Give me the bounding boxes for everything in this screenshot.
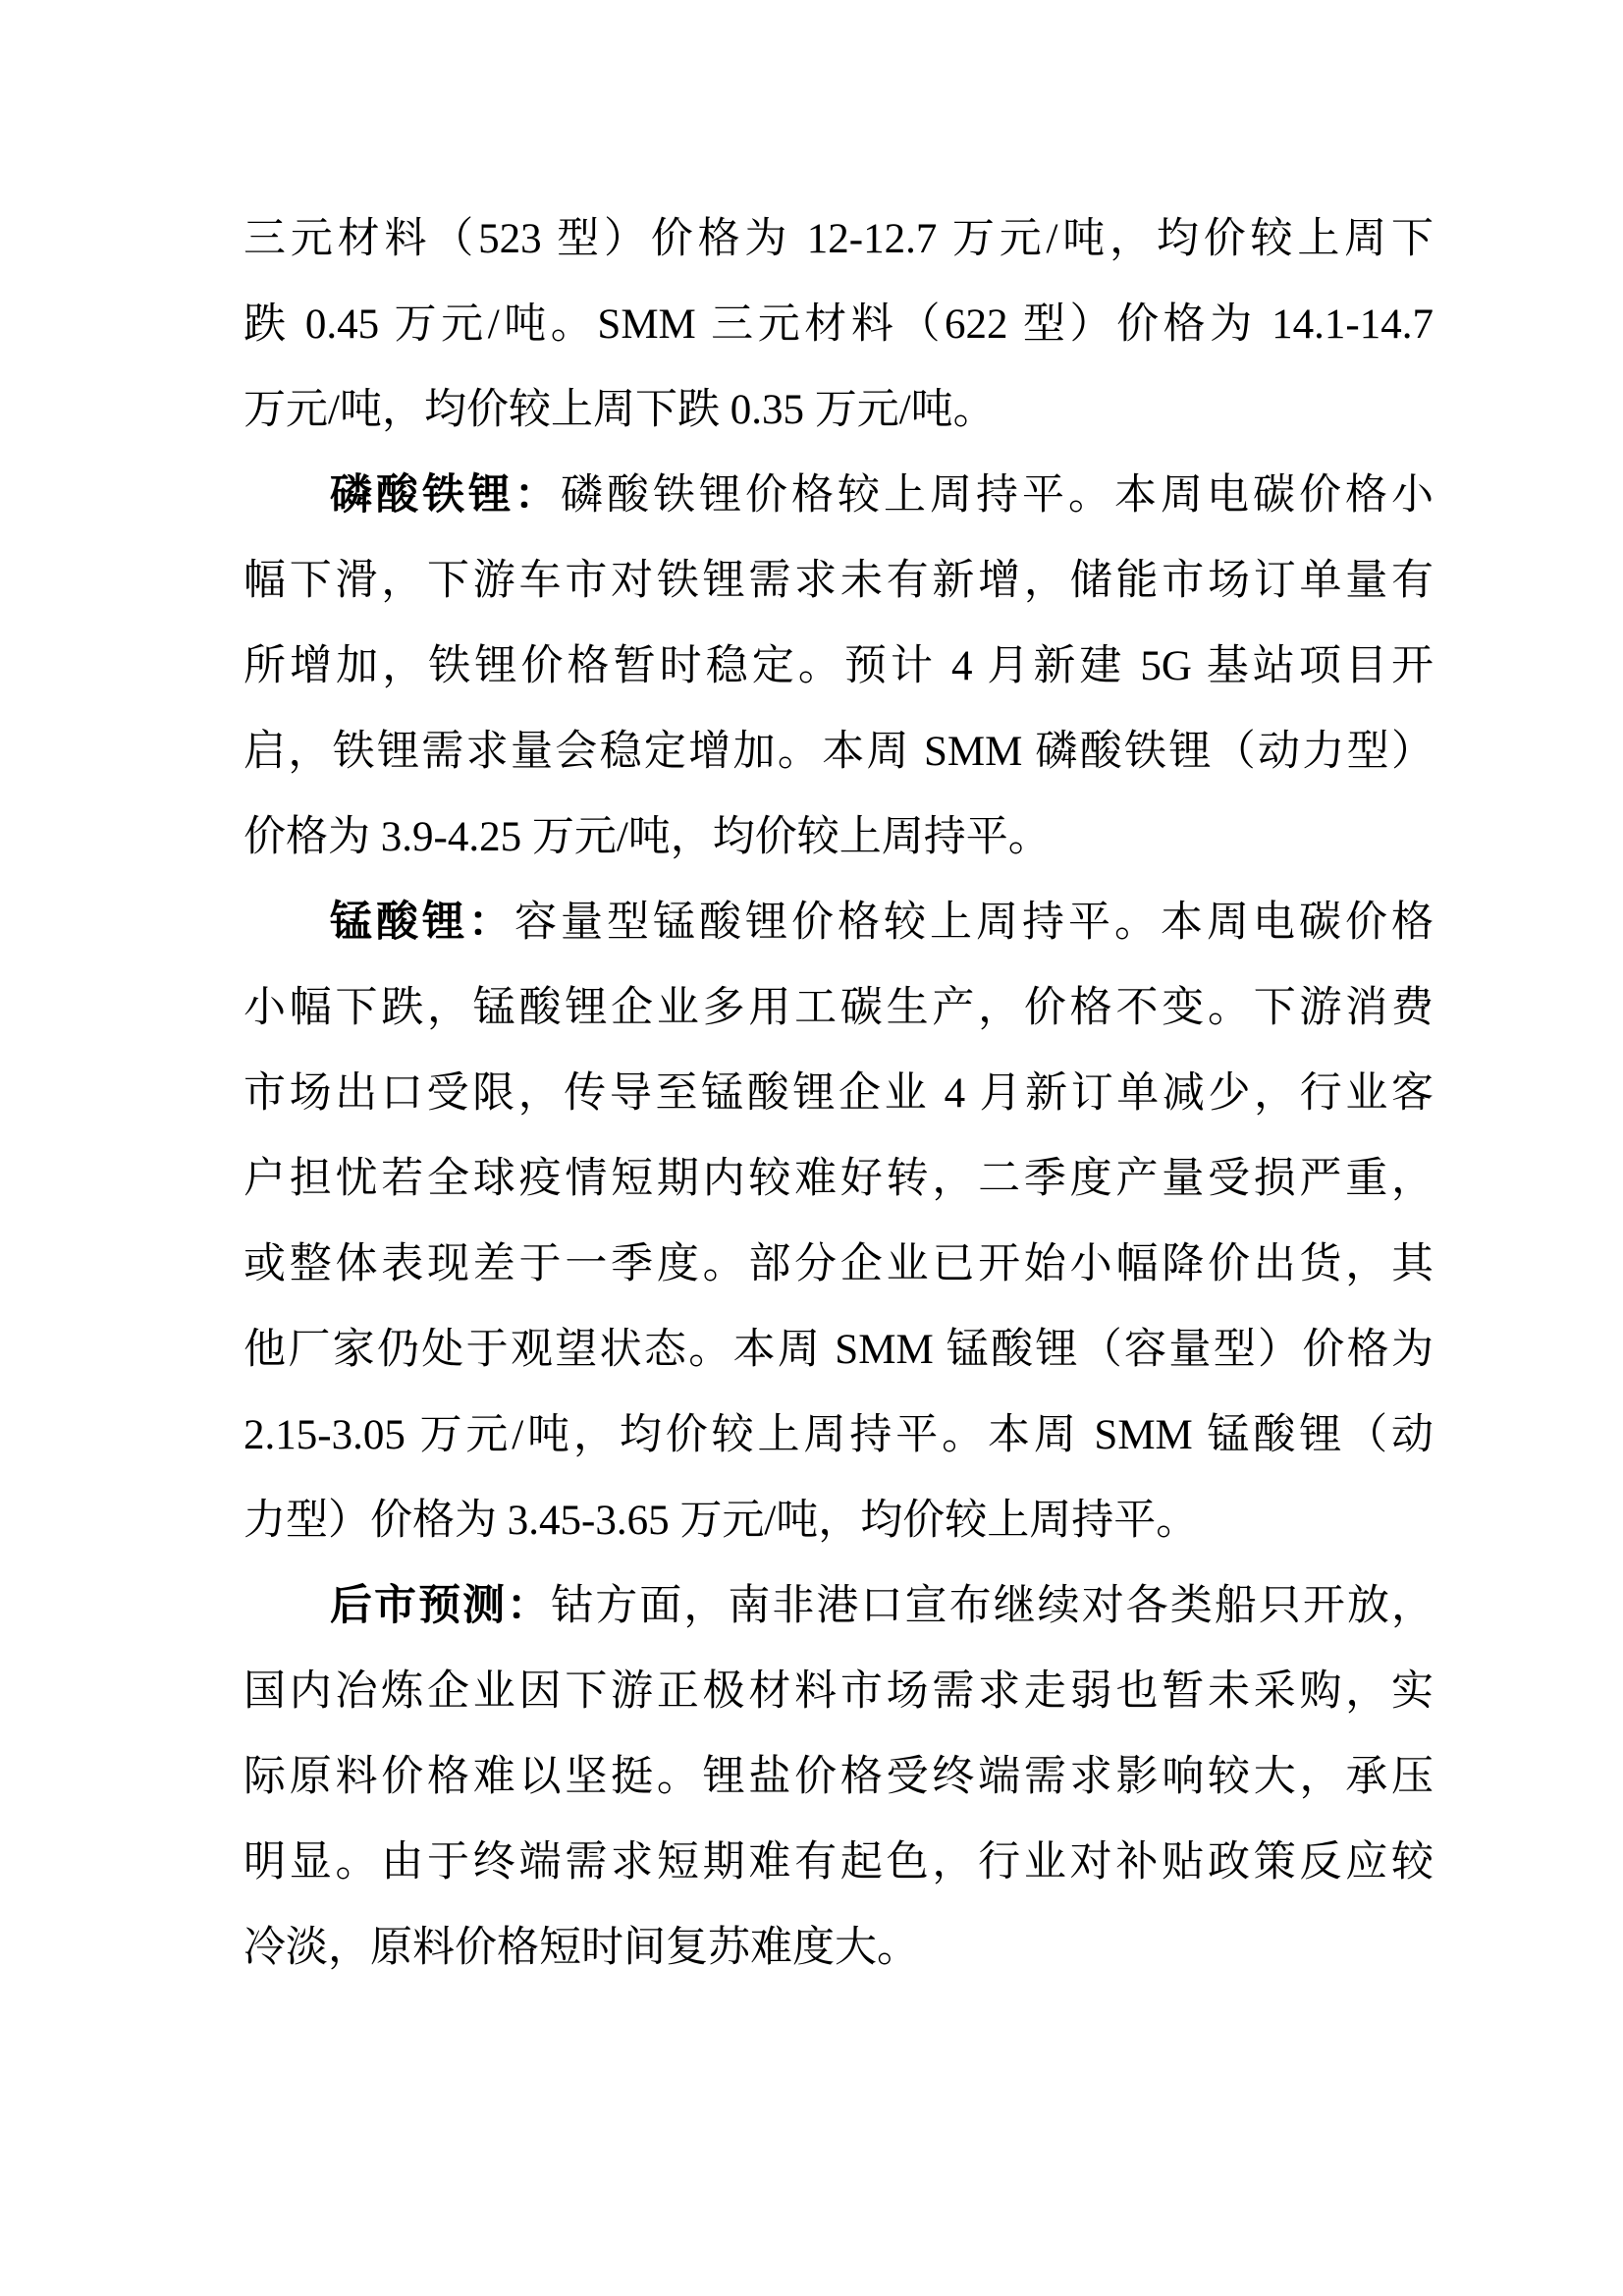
text-line: 户担忧若全球疫情短期内较难好转，二季度产量受损严重， — [243, 1136, 1434, 1222]
text-line: 跌 0.45 万元/吨。SMM 三元材料（622 型）价格为 14.1-14.7 — [243, 282, 1434, 367]
text-line: 锰酸锂：容量型锰酸锂价格较上周持平。本周电碳价格 — [243, 880, 1434, 965]
text-line: 2.15-3.05 万元/吨，均价较上周持平。本周 SMM 锰酸锂（动 — [243, 1393, 1434, 1478]
paragraph-ternary-materials: 三元材料（523 型）价格为 12-12.7 万元/吨，均价较上周下 跌 0.4… — [243, 196, 1434, 453]
text-line: 磷酸铁锂：磷酸铁锂价格较上周持平。本周电碳价格小 — [243, 453, 1434, 538]
text-segment: 容量型锰酸锂价格较上周持平。本周电碳价格 — [514, 900, 1434, 946]
text-line: 幅下滑，下游车市对铁锂需求未有新增，储能市场订单量有 — [243, 538, 1434, 624]
text-segment: 钴方面，南非港口宣布继续对各类船只开放， — [551, 1583, 1434, 1629]
paragraph-market-outlook: 后市预测：钴方面，南非港口宣布继续对各类船只开放， 国内冶炼企业因下游正极材料市… — [243, 1563, 1434, 1991]
text-segment: 磷酸铁锂价格较上周持平。本周电碳价格小 — [561, 472, 1434, 519]
document-text-block: 三元材料（523 型）价格为 12-12.7 万元/吨，均价较上周下 跌 0.4… — [243, 196, 1434, 1991]
text-line: 际原料价格难以坚挺。锂盐价格受终端需求影响较大，承压 — [243, 1734, 1434, 1820]
text-line: 市场出口受限，传导至锰酸锂企业 4 月新订单减少，行业客 — [243, 1051, 1434, 1136]
text-line: 他厂家仍处于观望状态。本周 SMM 锰酸锂（容量型）价格为 — [243, 1307, 1434, 1393]
paragraph-lead-label: 锰酸锂： — [330, 900, 514, 946]
text-line: 力型）价格为 3.45-3.65 万元/吨，均价较上周持平。 — [243, 1478, 1434, 1563]
text-line: 所增加，铁锂价格暂时稳定。预计 4 月新建 5G 基站项目开 — [243, 624, 1434, 709]
text-line: 三元材料（523 型）价格为 12-12.7 万元/吨，均价较上周下 — [243, 196, 1434, 282]
paragraph-lithium-manganate: 锰酸锂：容量型锰酸锂价格较上周持平。本周电碳价格 小幅下跌，锰酸锂企业多用工碳生… — [243, 880, 1434, 1563]
document-page: 三元材料（523 型）价格为 12-12.7 万元/吨，均价较上周下 跌 0.4… — [0, 0, 1623, 2296]
paragraph-lead-label: 磷酸铁锂： — [330, 472, 561, 519]
text-line: 价格为 3.9-4.25 万元/吨，均价较上周持平。 — [243, 794, 1434, 880]
text-line: 国内冶炼企业因下游正极材料市场需求走弱也暂未采购，实 — [243, 1649, 1434, 1734]
text-line: 明显。由于终端需求短期难有起色，行业对补贴政策反应较 — [243, 1820, 1434, 1905]
text-line: 或整体表现差于一季度。部分企业已开始小幅降价出货，其 — [243, 1222, 1434, 1307]
text-line: 冷淡，原料价格短时间复苏难度大。 — [243, 1905, 1434, 1991]
text-line: 小幅下跌，锰酸锂企业多用工碳生产，价格不变。下游消费 — [243, 965, 1434, 1051]
paragraph-lithium-iron-phosphate: 磷酸铁锂：磷酸铁锂价格较上周持平。本周电碳价格小 幅下滑，下游车市对铁锂需求未有… — [243, 453, 1434, 880]
text-line: 启，铁锂需求量会稳定增加。本周 SMM 磷酸铁锂（动力型） — [243, 709, 1434, 794]
paragraph-lead-label: 后市预测： — [330, 1583, 551, 1629]
text-line: 万元/吨，均价较上周下跌 0.35 万元/吨。 — [243, 367, 1434, 453]
text-line: 后市预测：钴方面，南非港口宣布继续对各类船只开放， — [243, 1563, 1434, 1649]
